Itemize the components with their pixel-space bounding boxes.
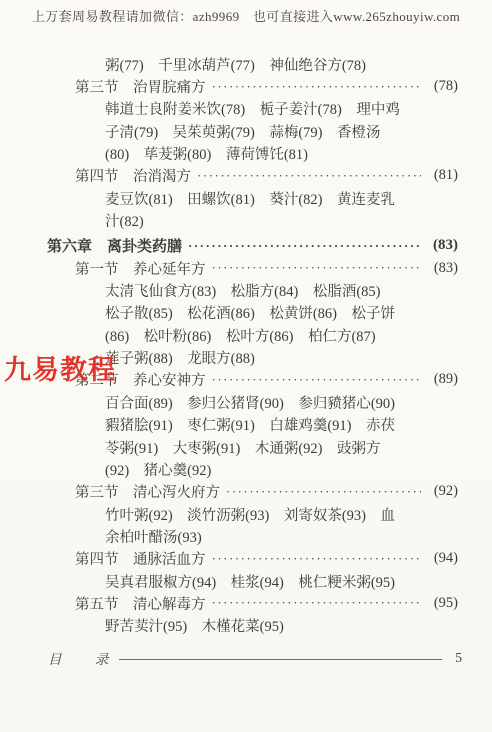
dot-leader: ········································… — [212, 372, 422, 388]
toc-item-line: 竹叶粥(92) 淡竹沥粥(93) 刘寄奴茶(93) 血 — [105, 503, 458, 525]
dot-leader: ········································… — [226, 484, 421, 500]
toc-item-line: 吴真君服椒方(94) 桂浆(94) 桃仁粳米粥(95) — [105, 570, 458, 592]
toc-item-line: 松子散(85) 松花酒(86) 松黄饼(86) 松子饼 — [105, 302, 458, 324]
toc-item-text: 吴真君服椒方(94) 桂浆(94) 桃仁粳米粥(95) — [105, 571, 395, 592]
toc-page-number: (94) — [424, 550, 458, 567]
toc-item-text: (92) 猪心羹(92) — [105, 459, 211, 480]
toc-list: 粥(77) 千里冰葫芦(77) 神仙绝谷方(78)第三节 治胃脘痛方······… — [47, 53, 458, 637]
toc-item-line: 韩道士良附姜米饮(78) 栀子姜汁(78) 理中鸡 — [105, 98, 458, 120]
toc-item-text: 太清飞仙食方(83) 松脂方(84) 松脂酒(85) — [105, 280, 380, 301]
toc-section-row: 第五节 清心解毒方·······························… — [75, 592, 458, 614]
toc-item-line: 粥(77) 千里冰葫芦(77) 神仙绝谷方(78) — [105, 53, 458, 75]
footer-page-number: 5 — [448, 650, 462, 666]
toc-page-number: (81) — [424, 167, 458, 184]
footer-label: 目 录 — [48, 648, 119, 668]
dot-leader: ········································… — [212, 79, 422, 95]
toc-item-line: 麦豆饮(81) 田螺饮(81) 葵汁(82) 黄连麦乳 — [105, 187, 458, 209]
toc-item-line: (86) 松叶粉(86) 松叶方(86) 柏仁方(87) — [105, 324, 458, 346]
scanned-toc-page: { "page": { "background": "#fbfaf6", "te… — [0, 0, 492, 732]
toc-item-text: (86) 松叶粉(86) 松叶方(86) 柏仁方(87) — [105, 325, 376, 346]
toc-section-row: 第一节 养心延年方·······························… — [75, 257, 458, 279]
toc-page-number: (78) — [424, 78, 458, 95]
toc-chapter-row: 第六章 离卦类药膳·······························… — [47, 235, 458, 257]
footer-rule — [119, 659, 443, 660]
toc-section-row: 第三节 清心泻火府方······························… — [75, 481, 458, 503]
toc-item-line: (80) 荜茇粥(80) 薄荷馎饦(81) — [105, 142, 458, 164]
toc-item-text: 余柏叶醋汤(93) — [105, 526, 202, 547]
toc-entry-title: 第五节 清心解毒方 — [75, 593, 206, 614]
promo-banner-text: 上万套周易教程请加微信：azh9969 也可直接进入www.265zhouyiw… — [0, 6, 492, 25]
toc-item-line: 余柏叶醋汤(93) — [105, 525, 458, 547]
toc-page-number: (95) — [424, 595, 458, 612]
toc-section-row: 第二节 养心安神方·······························… — [75, 369, 458, 391]
toc-item-text: 竹叶粥(92) 淡竹沥粥(93) 刘寄奴茶(93) 血 — [105, 504, 395, 525]
dot-leader: ········································… — [212, 551, 422, 567]
toc-item-text: 子清(79) 吴茱萸粥(79) 蒜梅(79) 香橙汤 — [105, 121, 380, 142]
toc-item-text: 苓粥(91) 大枣粥(91) 木通粥(92) 豉粥方 — [105, 437, 380, 458]
toc-item-line: 苓粥(91) 大枣粥(91) 木通粥(92) 豉粥方 — [105, 436, 458, 458]
dot-leader: ········································… — [212, 260, 422, 276]
toc-item-text: 百合面(89) 参归公猪肾(90) 参归豮猪心(90) — [105, 392, 395, 413]
toc-item-text: 汁(82) — [105, 210, 144, 231]
toc-item-line: 野苦荬汁(95) 木槿花菜(95) — [105, 615, 458, 637]
footer: 目 录 5 — [48, 648, 462, 668]
toc-item-text: 麦豆饮(81) 田螺饮(81) 葵汁(82) 黄连麦乳 — [105, 188, 395, 209]
toc-section-row: 第四节 治消渴方································… — [75, 165, 458, 187]
dot-leader: ········································… — [212, 595, 422, 611]
toc-item-text: 豭猪脍(91) 枣仁粥(91) 白雄鸡羹(91) 赤茯 — [105, 414, 395, 435]
toc-item-line: (92) 猪心羹(92) — [105, 458, 458, 480]
dot-leader: ········································… — [188, 238, 421, 254]
toc-item-line: 汁(82) — [105, 209, 458, 231]
toc-item-text: 韩道士良附姜米饮(78) 栀子姜汁(78) 理中鸡 — [105, 98, 400, 119]
toc-entry-title: 第一节 养心延年方 — [75, 258, 206, 279]
toc-entry-title: 第六章 离卦类药膳 — [47, 235, 182, 256]
toc-item-line: 子清(79) 吴茱萸粥(79) 蒜梅(79) 香橙汤 — [105, 120, 458, 142]
toc-page-number: (83) — [424, 260, 458, 277]
toc-item-line: 百合面(89) 参归公猪肾(90) 参归豮猪心(90) — [105, 391, 458, 413]
toc-item-text: 粥(77) 千里冰葫芦(77) 神仙绝谷方(78) — [105, 54, 366, 75]
toc-item-text: (80) 荜茇粥(80) 薄荷馎饦(81) — [105, 143, 308, 164]
toc-section-row: 第四节 通脉活血方·······························… — [75, 548, 458, 570]
toc-page-number: (92) — [424, 483, 458, 500]
toc-entry-title: 第四节 通脉活血方 — [75, 548, 206, 569]
toc-item-line: 豭猪脍(91) 枣仁粥(91) 白雄鸡羹(91) 赤茯 — [105, 414, 458, 436]
toc-section-row: 第三节 治胃脘痛方·······························… — [75, 75, 458, 97]
toc-entry-title: 第三节 治胃脘痛方 — [75, 76, 206, 97]
toc-item-text: 莲子粥(88) 龙眼方(88) — [105, 347, 255, 368]
toc-entry-title: 第四节 治消渴方 — [75, 165, 191, 186]
toc-item-line: 太清飞仙食方(83) 松脂方(84) 松脂酒(85) — [105, 279, 458, 301]
toc-entry-title: 第三节 清心泻火府方 — [75, 481, 220, 502]
toc-item-text: 松子散(85) 松花酒(86) 松黄饼(86) 松子饼 — [105, 302, 395, 323]
toc-item-text: 野苦荬汁(95) 木槿花菜(95) — [105, 615, 284, 636]
toc-item-line: 莲子粥(88) 龙眼方(88) — [105, 346, 458, 368]
toc-page-number: (89) — [424, 371, 458, 388]
watermark: 九易教程 — [4, 348, 116, 387]
toc-page-number: (83) — [424, 237, 458, 254]
dot-leader: ········································… — [197, 168, 421, 184]
